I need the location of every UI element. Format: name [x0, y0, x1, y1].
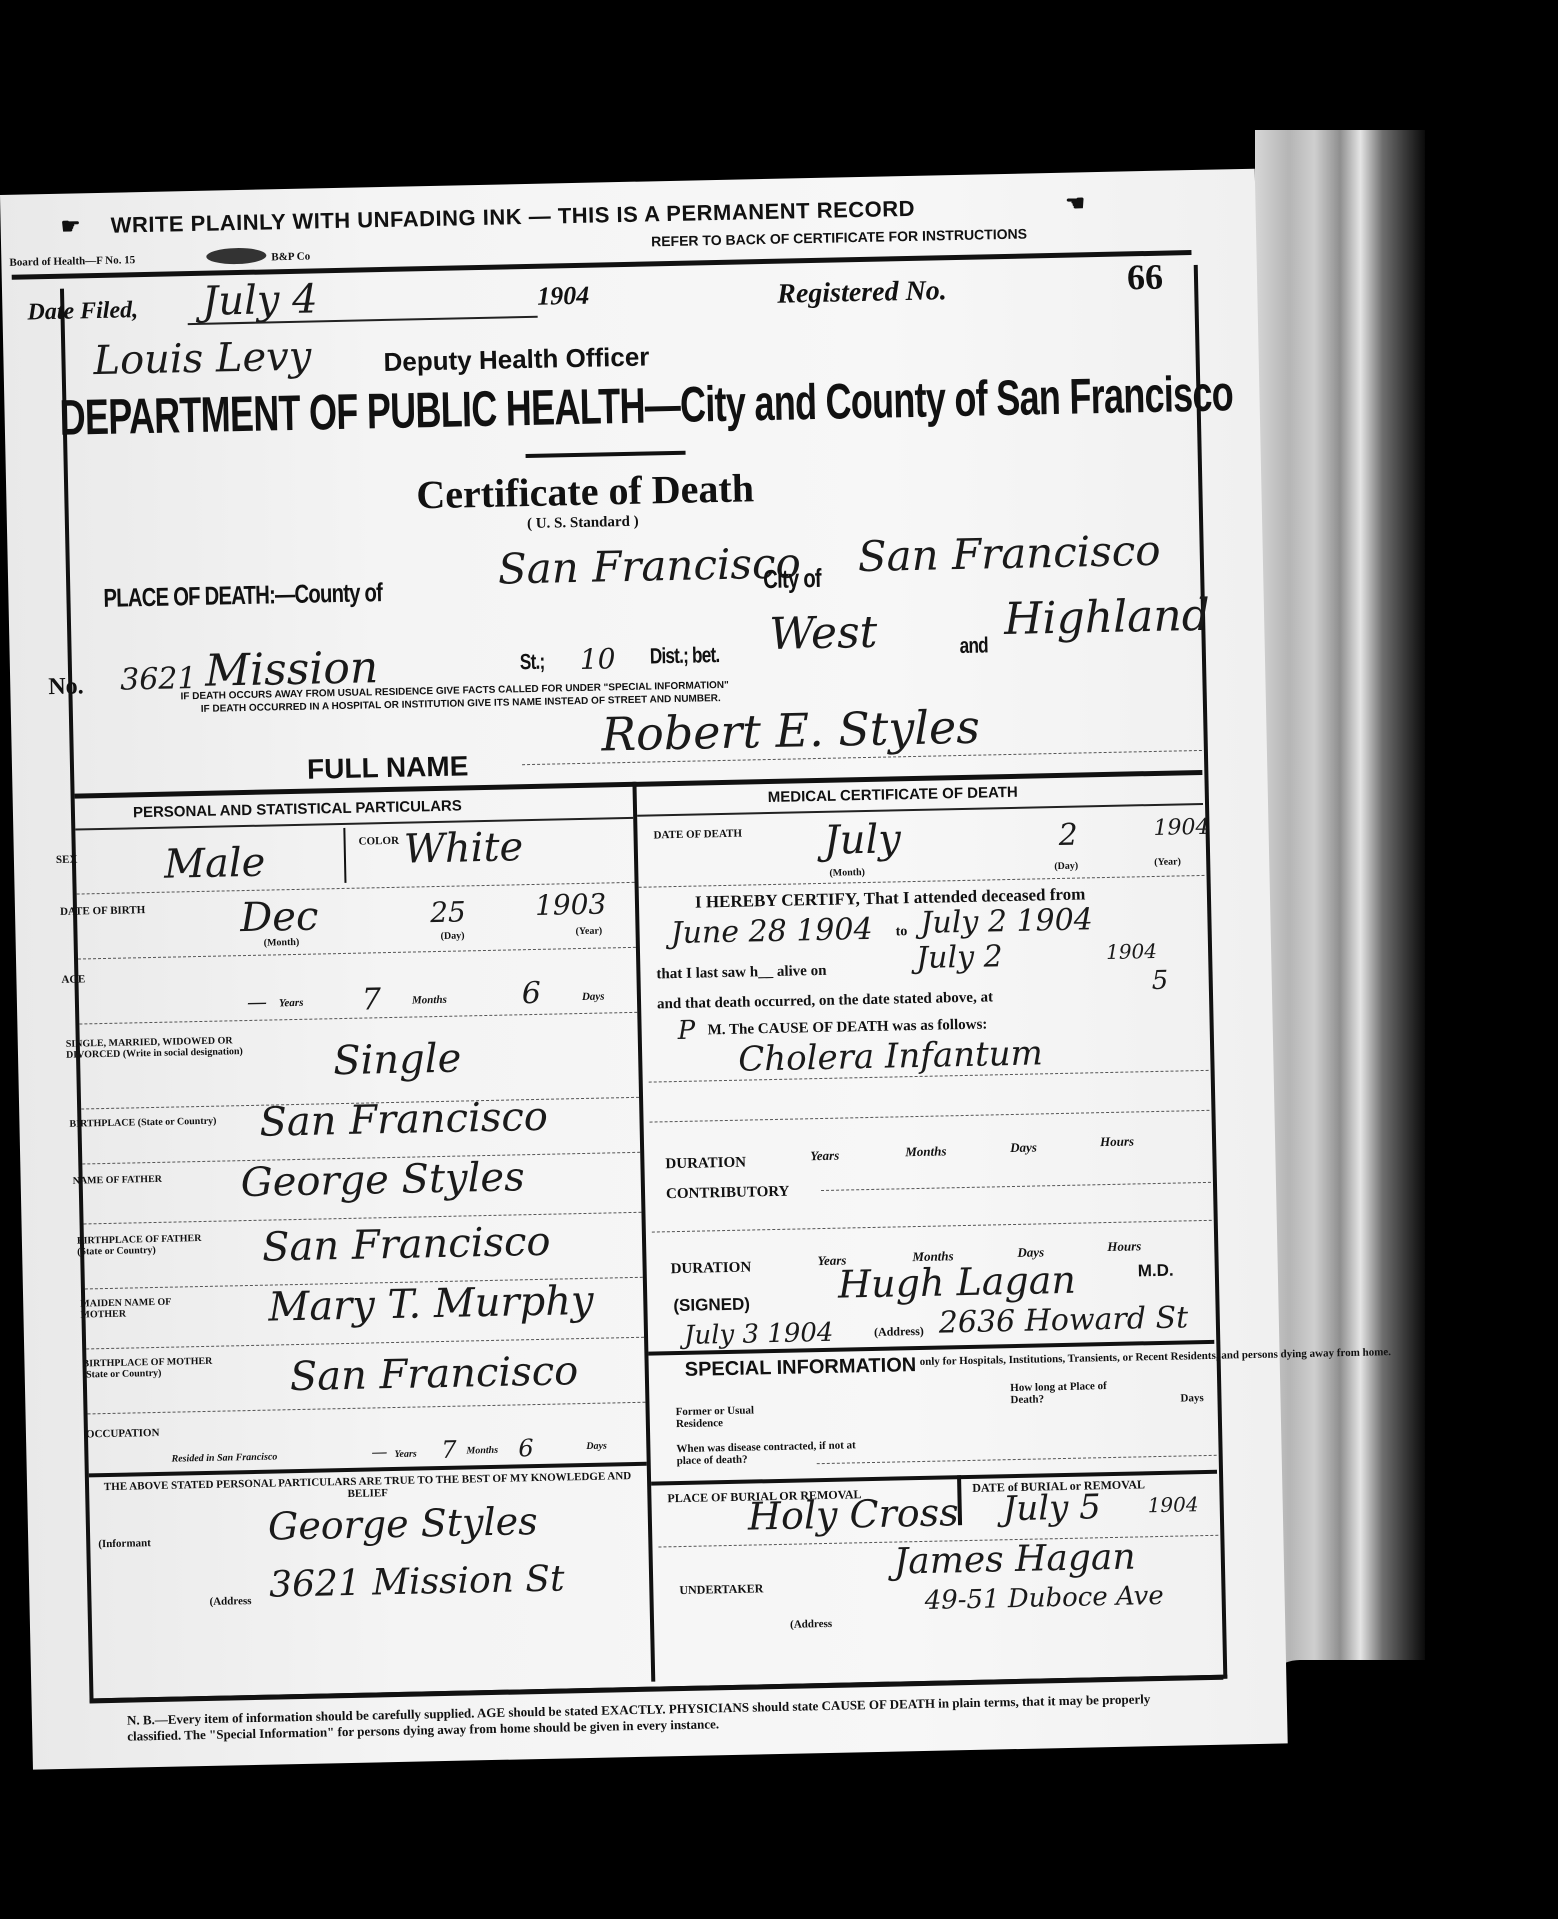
resided-months-label: Months — [466, 1445, 498, 1457]
dob-day: 25 — [430, 895, 466, 929]
undertaker-name: James Hagan — [893, 1537, 1136, 1583]
attended-from: June 28 1904 — [670, 912, 873, 951]
between-street-1: West — [769, 607, 878, 660]
resided-days: 6 — [518, 1434, 534, 1462]
father-birthplace-value: San Francisco — [262, 1219, 551, 1271]
date-filed-year: 1904 — [537, 281, 590, 312]
certificate-title: Certificate of Death — [416, 464, 755, 518]
months-label: Months — [412, 994, 447, 1007]
former-residence-label: Former or Usual Residence — [676, 1404, 766, 1430]
birthplace-value: San Francisco — [259, 1094, 548, 1146]
how-long-label: How long at Place of Death? — [1010, 1380, 1120, 1406]
last-saw-text: that I last saw h__ alive on — [656, 963, 826, 984]
street-label: St.; — [520, 649, 545, 676]
resided-months: 7 — [441, 1436, 457, 1464]
dob-label: DATE OF BIRTH — [60, 904, 145, 918]
dob-month: Dec — [240, 893, 319, 941]
city-value: San Francisco — [857, 526, 1161, 581]
physician-signature: Hugh Lagan — [838, 1258, 1077, 1307]
year-label: (Year) — [575, 926, 602, 938]
informant-value: George Styles — [267, 1499, 538, 1549]
duration-months-label: Months — [905, 1143, 947, 1160]
district-label: Dist.; bet. — [650, 642, 720, 669]
informant-label: (Informant — [98, 1537, 151, 1550]
resided-years-label: Years — [394, 1449, 416, 1460]
contributory-label: CONTRIBUTORY — [666, 1184, 790, 1204]
meridiem: P — [677, 1016, 695, 1046]
special-heading: SPECIAL INFORMATION — [685, 1354, 917, 1382]
city-label: City of — [763, 563, 821, 595]
age-label: AGE — [61, 973, 85, 985]
last-saw-date: July 2 — [916, 939, 1003, 976]
days-label: Days — [582, 991, 605, 1003]
date-filed-value: July 4 — [202, 276, 318, 324]
occupation-label: OCCUPATION — [86, 1427, 160, 1441]
undertaker-address-label: (Address — [790, 1618, 832, 1631]
dob-year: 1903 — [535, 887, 607, 921]
month-label: (Month) — [264, 937, 300, 949]
duration-label: DURATION — [665, 1155, 746, 1174]
county-value: San Francisco — [497, 538, 801, 593]
full-name-value: Robert E. Styles — [601, 700, 981, 762]
father-label: NAME OF FATHER — [73, 1174, 173, 1187]
color-value: White — [403, 824, 523, 872]
dod-day: 2 — [1058, 818, 1078, 853]
cause-of-death: Cholera Infantum — [738, 1033, 1043, 1079]
md-label: M.D. — [1138, 1261, 1174, 1282]
death-certificate-page: ☛ WRITE PLAINLY WITH UNFADING INK — THIS… — [0, 169, 1288, 1770]
signed-label: (SIGNED) — [673, 1295, 750, 1317]
place-of-death-label: PLACE OF DEATH:—County of — [103, 577, 382, 614]
informant-address-label: (Address — [209, 1595, 251, 1608]
physician-address: 2636 Howard St — [938, 1300, 1188, 1340]
burial-place: Holy Cross — [747, 1490, 959, 1538]
resided-label: Resided in San Francisco — [171, 1451, 277, 1464]
printer-name: B&P Co — [271, 251, 310, 264]
attended-to: July 2 1904 — [920, 902, 1093, 941]
page-shadow — [1260, 1660, 1558, 1840]
duration-years-label: Years — [810, 1148, 839, 1165]
refer-instructions: REFER TO BACK OF CERTIFICATE FOR INSTRUC… — [651, 226, 1027, 250]
dod-year-label: (Year) — [1154, 856, 1181, 868]
district-value: 10 — [580, 642, 616, 676]
father-value: George Styles — [240, 1154, 525, 1206]
pointing-hand-icon: ☚ — [1065, 190, 1085, 216]
resided-days-label: Days — [586, 1441, 607, 1452]
signed-date: July 3 1904 — [684, 1318, 834, 1351]
us-standard: ( U. S. Standard ) — [527, 514, 639, 533]
how-long-days-label: Days — [1180, 1392, 1203, 1404]
undertaker-address: 49-51 Duboce Ave — [924, 1581, 1164, 1616]
duration-days-label: Days — [1010, 1139, 1037, 1156]
dod-month-label: (Month) — [829, 867, 865, 879]
age-months: 7 — [362, 982, 382, 1017]
officer-title: Deputy Health Officer — [383, 341, 649, 378]
dod-month: July — [823, 816, 901, 864]
number-label: No. — [48, 673, 84, 701]
mother-birthplace-value: San Francisco — [289, 1348, 578, 1400]
burial-date: July 5 — [1002, 1487, 1101, 1529]
dod-label: DATE OF DEATH — [653, 828, 742, 842]
marital-value: Single — [333, 1036, 462, 1085]
marital-label: SINGLE, MARRIED, WIDOWED OR DIVORCED (Wr… — [66, 1035, 266, 1061]
color-label: COLOR — [358, 835, 399, 848]
physician-address-label: (Address) — [874, 1324, 924, 1340]
age-days: 6 — [521, 976, 541, 1011]
mother-label: MAIDEN NAME OF MOTHER — [80, 1296, 200, 1321]
last-saw-year: 1904 — [1106, 939, 1157, 964]
dod-year: 1904 — [1153, 815, 1210, 841]
pointing-hand-icon: ☛ — [60, 213, 80, 239]
printer-seal-icon — [206, 247, 266, 264]
registered-label: Registered No. — [777, 275, 947, 311]
father-birthplace-label: BIRTHPLACE OF FATHER (State or Country) — [77, 1232, 227, 1257]
age-years: — — [247, 990, 267, 1014]
and-label: and — [959, 632, 988, 659]
burial-year: 1904 — [1147, 1492, 1198, 1517]
undertaker-label: UNDERTAKER — [679, 1581, 763, 1598]
duration-2-hours-label: Hours — [1107, 1238, 1141, 1255]
to-label: to — [895, 924, 907, 940]
registered-number: 66 — [1127, 256, 1164, 299]
between-street-2: Highland — [1004, 590, 1211, 645]
sex-value: Male — [164, 840, 266, 888]
resided-years: — — [371, 1442, 387, 1461]
duration-label-2: DURATION — [670, 1260, 751, 1279]
mother-value: Mary T. Murphy — [268, 1278, 594, 1331]
time-of-death: 5 — [1151, 966, 1168, 996]
dod-day-label: (Day) — [1054, 861, 1078, 872]
duration-hours-label: Hours — [1100, 1133, 1134, 1150]
informant-address: 3621 Mission St — [269, 1558, 565, 1605]
sex-label: SEX — [56, 854, 78, 866]
full-name-label: FULL NAME — [307, 750, 469, 785]
form-id: Board of Health—F No. 15 — [9, 254, 135, 269]
mother-birthplace-label: BIRTHPLACE OF MOTHER (State or Country) — [82, 1355, 232, 1380]
date-filed-label: Date Filed, — [27, 297, 138, 326]
day-label: (Day) — [441, 930, 465, 941]
years-label: Years — [279, 997, 304, 1010]
officer-signature: Louis Levy — [93, 334, 312, 385]
